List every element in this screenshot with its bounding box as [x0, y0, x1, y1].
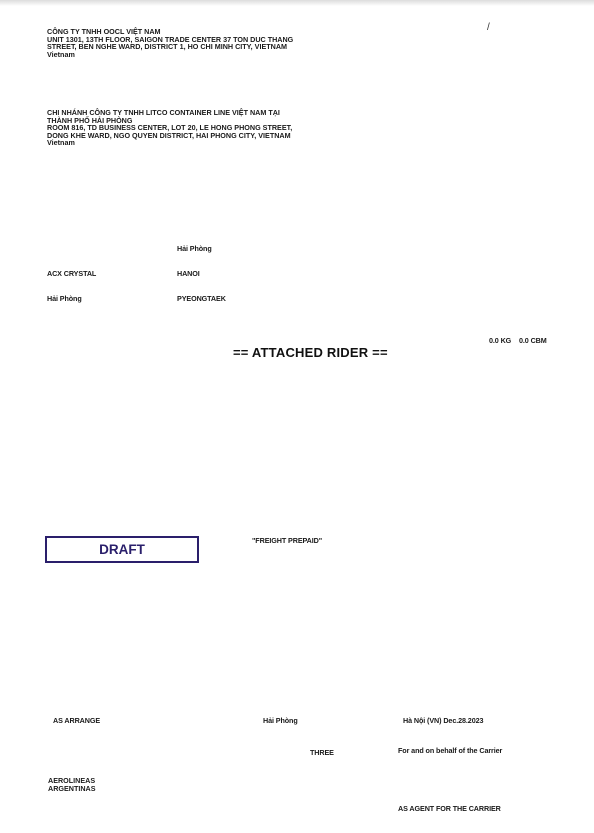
- place-of-receipt: Hải Phòng: [177, 245, 212, 253]
- vessel-name: ACX CRYSTAL: [47, 270, 96, 278]
- signatory-role: AS AGENT FOR THE CARRIER: [398, 805, 501, 813]
- shipper-line: STREET, BEN NGHE WARD, DISTRICT 1, HO CH…: [47, 43, 293, 51]
- measurement: 0.0 CBM: [519, 337, 547, 345]
- port-of-discharge: HANOI: [177, 270, 200, 278]
- number-of-originals: THREE: [310, 749, 334, 757]
- port-of-loading: Hải Phòng: [47, 295, 82, 303]
- gross-weight: 0.0 KG: [489, 337, 511, 345]
- freight-terms: "FREIGHT PREPAID": [252, 537, 322, 545]
- attached-rider-heading: == ATTACHED RIDER ==: [233, 345, 388, 360]
- shipper-line: Vietnam: [47, 51, 293, 59]
- shipper-block: CÔNG TY TNHH OOCL VIỆT NAM UNIT 1301, 13…: [47, 28, 293, 58]
- signature-caption: For and on behalf of the Carrier: [398, 747, 502, 755]
- carrier-name-line: ARGENTINAS: [48, 785, 96, 793]
- place-date-of-issue: Hà Nội (VN) Dec.28.2023: [403, 717, 483, 725]
- freight-payable-at: AS ARRANGE: [53, 717, 100, 725]
- carrier-name: AEROLINEAS ARGENTINAS: [48, 777, 96, 792]
- consignee-block: CHI NHÁNH CÔNG TY TNHH LITCO CONTAINER L…: [47, 109, 292, 147]
- consignee-line: DONG KHE WARD, NGO QUYEN DISTRICT, HAI P…: [47, 132, 292, 140]
- page-top-shadow: [0, 0, 594, 6]
- draft-stamp: DRAFT: [45, 536, 199, 563]
- issue-location: Hải Phòng: [263, 717, 298, 725]
- page-mark: /: [487, 22, 490, 33]
- consignee-line: Vietnam: [47, 139, 292, 147]
- place-of-delivery: PYEONGTAEK: [177, 295, 226, 303]
